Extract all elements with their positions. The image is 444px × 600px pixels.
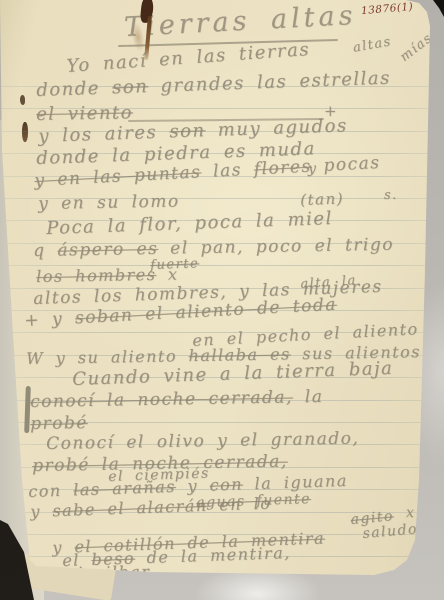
struck-pencil-text: las arañas xyxy=(73,477,176,500)
manuscript-line: probé xyxy=(30,415,88,433)
pencil-text: las xyxy=(201,160,255,183)
page-title: Tierras altas xyxy=(123,0,357,43)
struck-pencil-text: los hombres xyxy=(36,265,157,286)
paper: Tierras altas 13876(1) Yo nací en las ti… xyxy=(0,0,444,600)
struck-pencil-text: sabe el alacrán xyxy=(52,496,208,520)
manuscript-line: y en su lomo xyxy=(38,194,180,213)
pencil-text: y xyxy=(176,476,210,496)
worm-hole xyxy=(20,95,25,105)
pencil-text: la iguana xyxy=(243,471,348,494)
pencil-text: + y xyxy=(24,308,76,331)
manuscript-line: Poca la flor, poca la miel xyxy=(46,210,333,238)
manuscript-line: el viento xyxy=(36,104,133,124)
pencil-text: muy agudos xyxy=(205,115,348,141)
struck-pencil-text: con xyxy=(209,475,243,495)
pencil-text: grandes las estrellas xyxy=(148,68,391,97)
pencil-text: altas xyxy=(352,34,393,56)
manuscript-line: mías xyxy=(398,31,435,64)
pencil-text: x xyxy=(406,505,415,521)
pencil-text: el pan, poco el trigo xyxy=(158,235,394,259)
manuscript-line: x xyxy=(406,506,415,520)
manuscript-line: saludos xyxy=(362,521,427,541)
struck-pencil-text: son xyxy=(169,120,206,142)
struck-pencil-text: probé xyxy=(30,413,88,434)
pencil-text: en lo xyxy=(207,494,271,515)
manuscript-line: Conocí el olivo y el granado, xyxy=(46,431,359,453)
pencil-text: con xyxy=(28,480,74,501)
pencil-text: donde xyxy=(36,77,113,101)
worm-hole xyxy=(22,122,28,142)
manuscript-line: altas xyxy=(352,35,393,55)
struck-pencil-text: son xyxy=(112,76,149,98)
manuscript-line: s. xyxy=(384,189,398,202)
manuscript-line: los hombres x xyxy=(36,267,179,285)
manuscript-line: conocí la noche cerrada, la xyxy=(30,389,324,411)
pencil-text: q xyxy=(33,241,58,261)
pencil-text: pocas xyxy=(311,153,381,177)
manuscript-line: q áspero es el pan, poco el trigo xyxy=(33,237,394,260)
pencil-text: y en su lomo xyxy=(38,192,180,214)
struck-pencil-text: conocí la noche cerrada, xyxy=(30,387,293,412)
pencil-text: s. xyxy=(384,188,398,203)
struck-pencil-text: áspero es xyxy=(57,239,158,261)
scanned-manuscript-page: Tierras altas 13876(1) Yo nací en las ti… xyxy=(0,0,444,600)
pencil-text: la xyxy=(293,387,324,408)
struck-pencil-text: el viento xyxy=(36,102,133,125)
pencil-text: W y su aliento xyxy=(26,346,189,368)
pencil-text: y xyxy=(30,501,53,521)
pencil-text: mías xyxy=(397,30,435,65)
pencil-text: de la mentira, xyxy=(135,543,291,567)
pencil-text: (tan) xyxy=(300,189,344,209)
archive-number: 13876(1) xyxy=(361,1,414,18)
pencil-text: x xyxy=(156,265,178,284)
struck-pencil-text: flores xyxy=(253,156,312,179)
pencil-text: Conocí el olivo y el granado, xyxy=(46,429,360,454)
manuscript-line: (tan) xyxy=(300,191,344,208)
